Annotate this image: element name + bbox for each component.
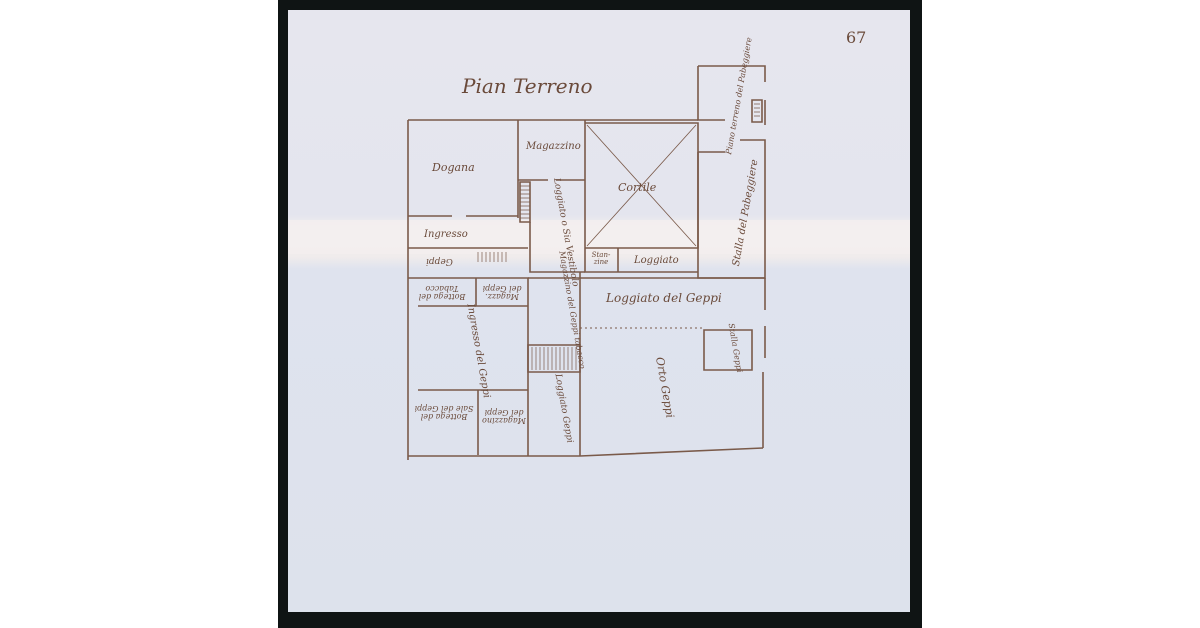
room-bottega-tabacco: Bottega del Tabacco [412,284,472,300]
room-magazzino-geppi-lower: Magazzino del Geppi [482,408,526,424]
room-loggiato-del-geppi: Loggiato del Geppi [606,292,722,304]
floor-plan-drawing [0,0,1200,628]
room-magazzino: Magazzino [526,142,581,152]
plan-title: Pian Terreno [462,76,593,96]
room-bottega-sale: Bottega del Sale del Geppi [414,404,474,420]
room-loggiato: Loggiato [634,256,679,266]
room-ingresso: Ingresso [424,230,468,240]
page-number: 67 [846,30,866,46]
room-magazz-geppi: Magazz. del Geppi [480,284,524,300]
room-stanzine: Stan- zine [588,252,614,266]
room-dogana: Dogana [432,162,475,173]
room-cortile: Cortile [618,182,656,193]
room-geppi-upper: Geppi [426,256,453,265]
